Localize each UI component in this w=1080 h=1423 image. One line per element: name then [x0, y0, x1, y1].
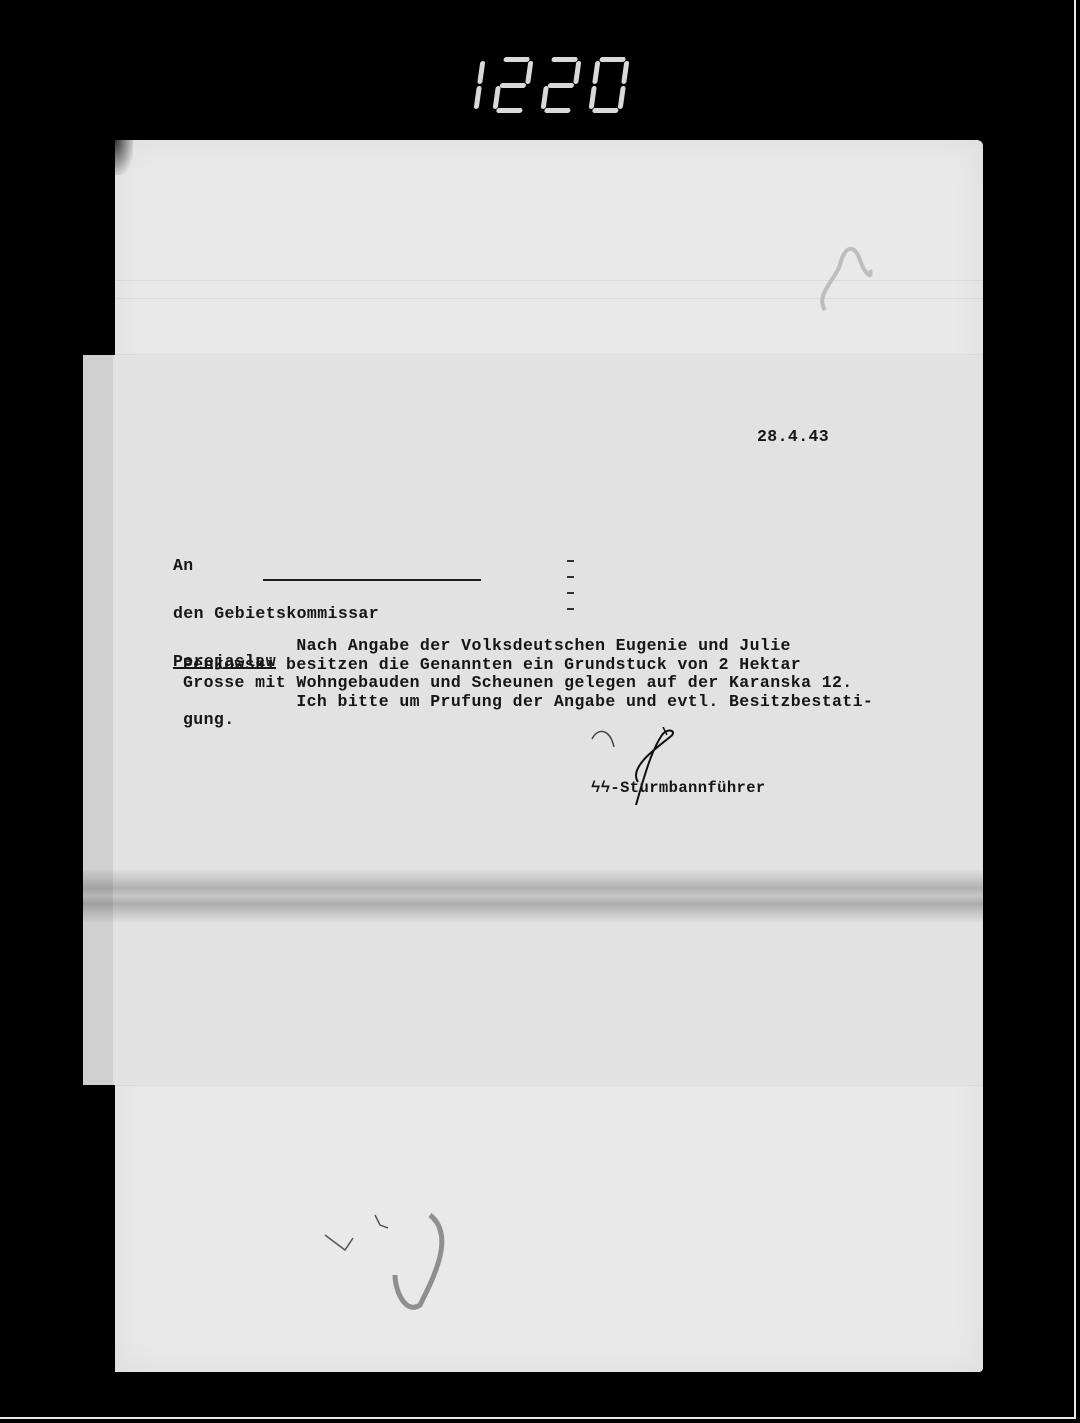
- recipient-line: den Gebietskommissar: [173, 606, 379, 622]
- signature-title: ϟϟ-Sturmbannführer: [591, 779, 766, 797]
- recipient-line: An: [173, 558, 379, 574]
- frame-counter: [448, 52, 626, 118]
- corner-shadow: [115, 140, 133, 175]
- stain-squiggle: [255, 1140, 455, 1310]
- sheet-overlap-shadow: [83, 355, 113, 1085]
- stain-squiggle: [815, 235, 875, 315]
- body-line: Grosse mit Wohngebauden und Scheunen gel…: [183, 674, 873, 693]
- address-underline: [263, 579, 481, 581]
- counter-digit: [492, 57, 534, 113]
- letter-sheet: 28.4.43 An den Gebietskommissar Perejasl…: [83, 355, 983, 1085]
- counter-digit: [540, 57, 582, 113]
- film-frame-edge: [1074, 0, 1076, 1419]
- body-line: Penkowski besitzen die Genannten ein Gru…: [183, 656, 873, 675]
- body-line: Ich bitte um Prufung der Angabe und evtl…: [183, 693, 873, 712]
- letter-date: 28.4.43: [757, 427, 829, 446]
- fold-band: [83, 870, 983, 922]
- letter-body: Nach Angabe der Volksdeutschen Eugenie u…: [183, 637, 873, 730]
- counter-digit: [444, 57, 486, 113]
- margin-marks: [567, 560, 577, 624]
- body-line: gung.: [183, 711, 873, 730]
- film-frame-edge: [0, 1417, 1076, 1419]
- counter-digit: [588, 57, 630, 113]
- body-line: Nach Angabe der Volksdeutschen Eugenie u…: [183, 637, 873, 656]
